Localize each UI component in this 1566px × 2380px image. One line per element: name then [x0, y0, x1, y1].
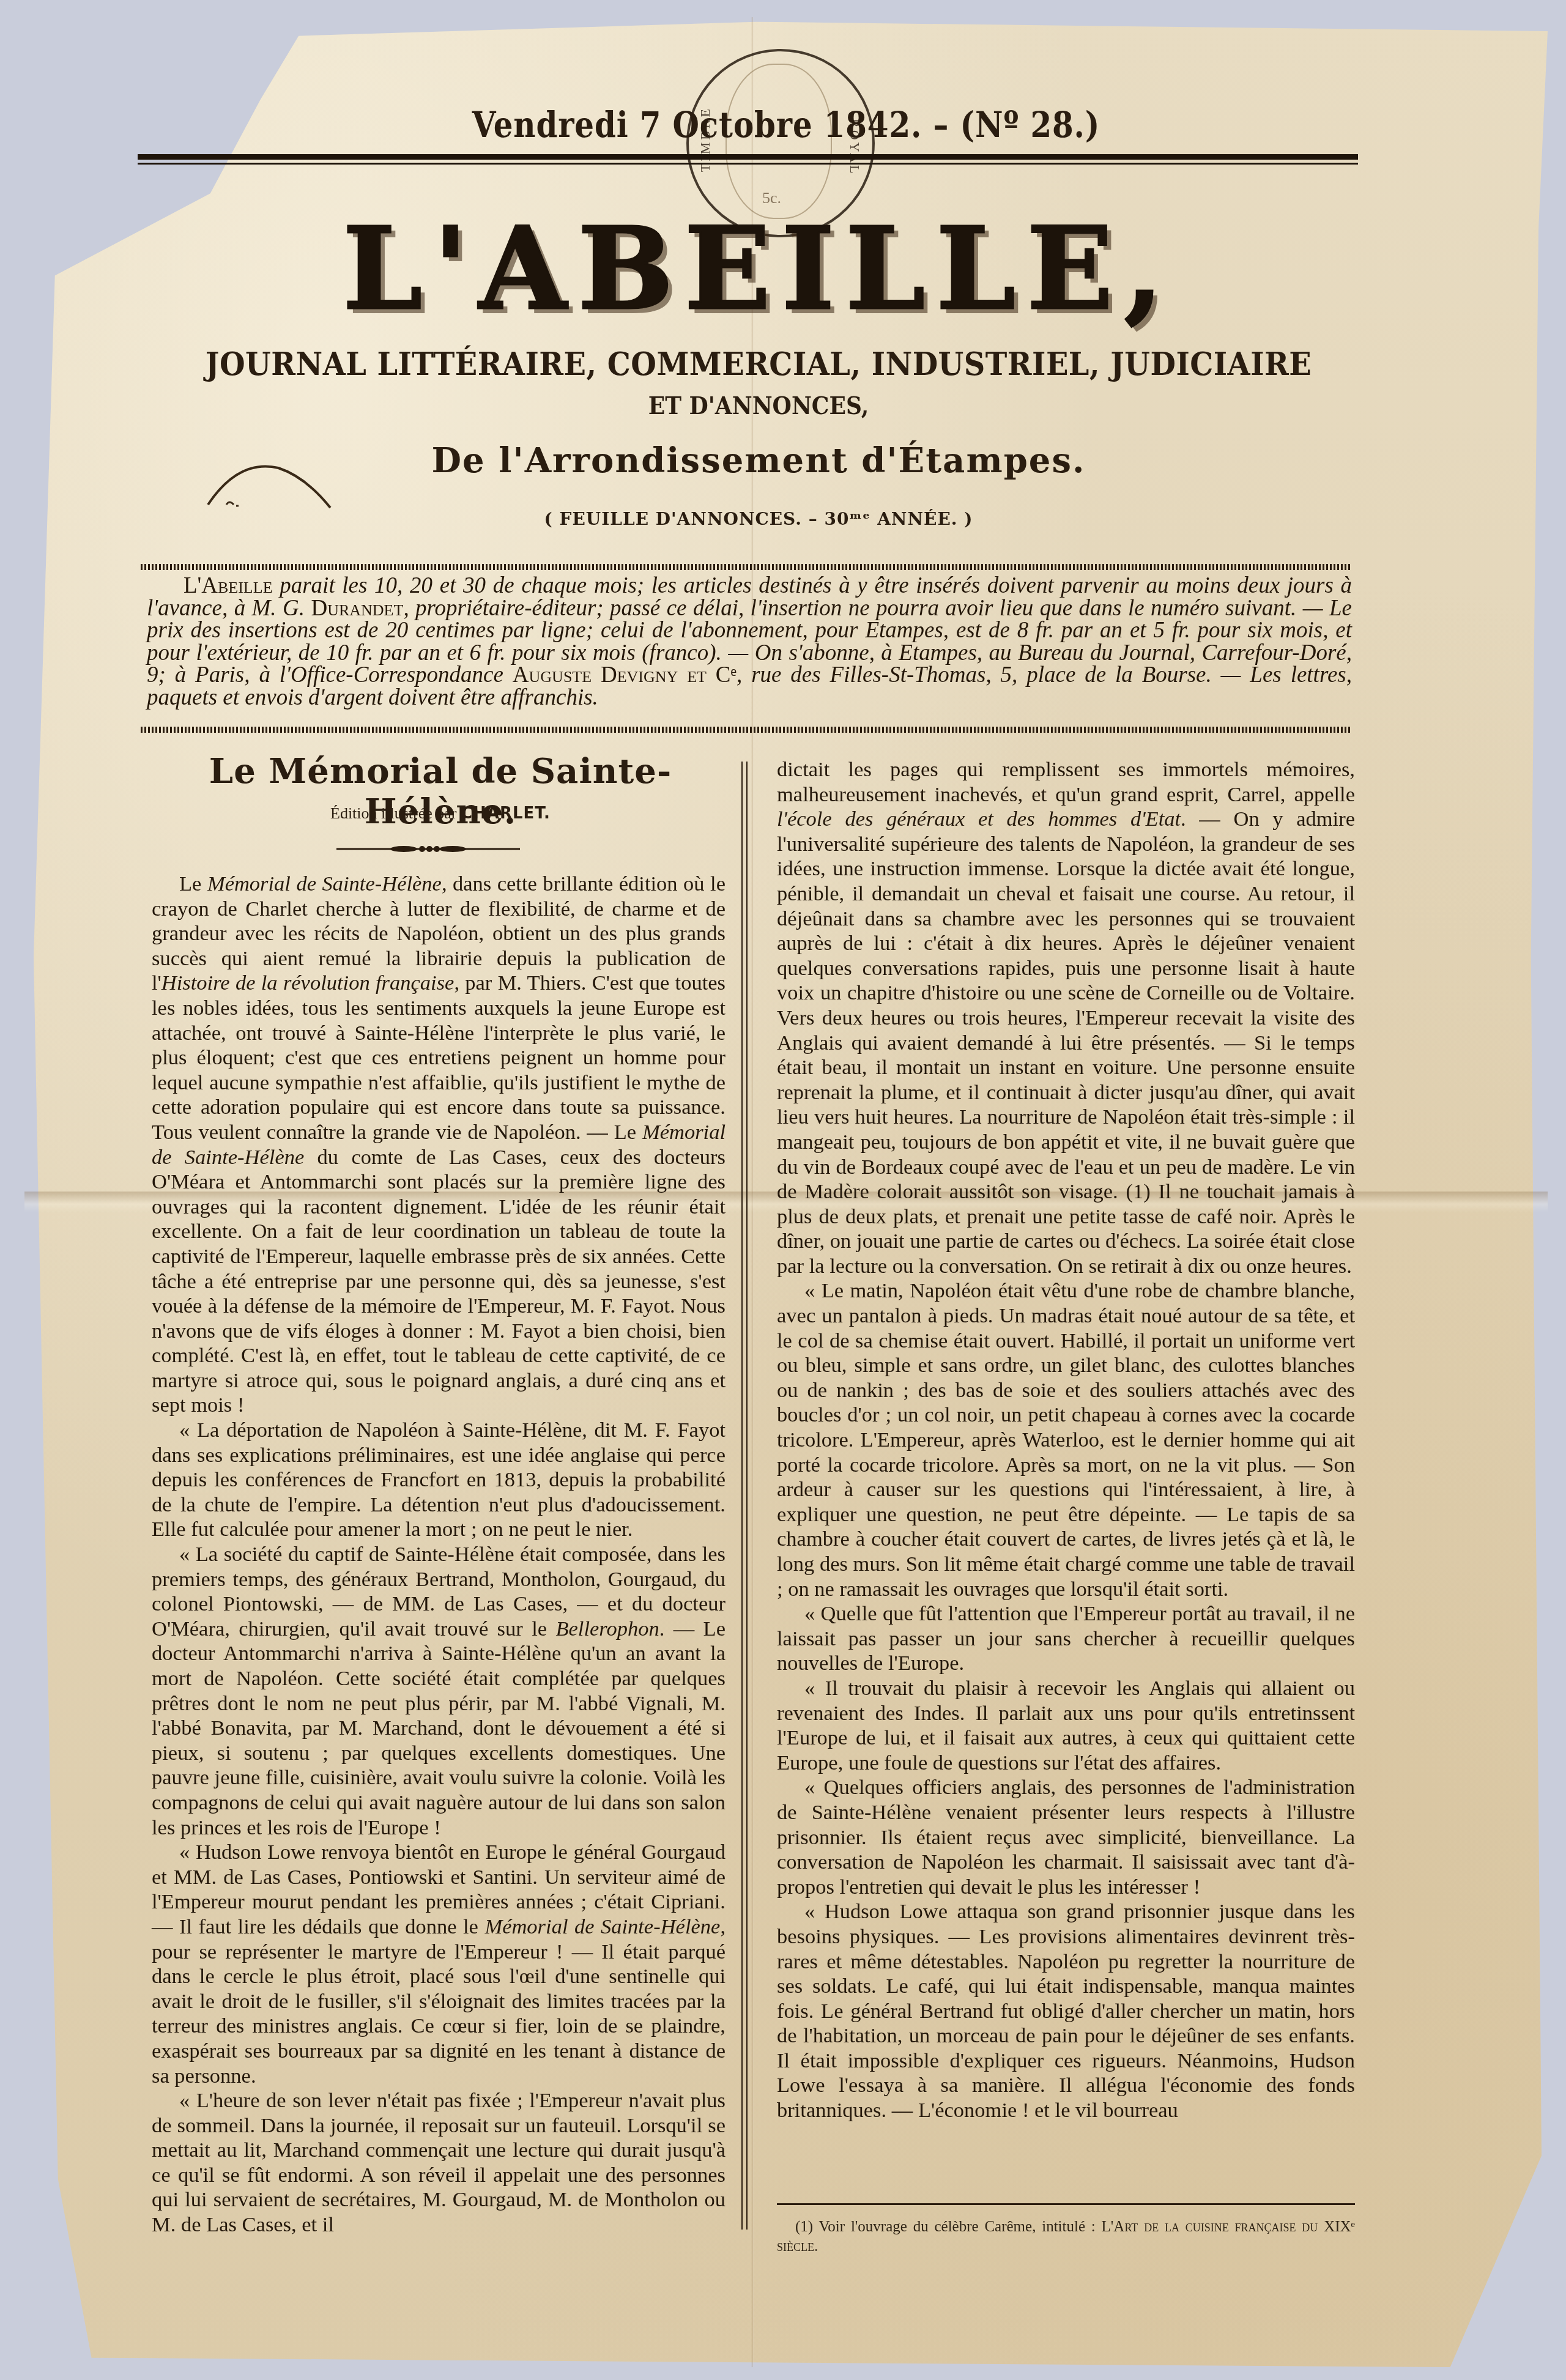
masthead-title: L'ABEILLE,: [330, 202, 1187, 335]
article-paragraph: « Hudson Lowe renvoya bientôt en Europe …: [152, 1840, 725, 2088]
italic-title: l'école des généraux et des hommes d'Eta…: [777, 807, 1181, 831]
header-rule-thick: [138, 154, 1358, 160]
dateline: Vendredi 7 Octobre 1842. – (Nº 28.): [405, 104, 1168, 146]
article-paragraph: Le Mémorial de Sainte-Hélène, dans cette…: [152, 872, 725, 1418]
notice-journal-name: L'Abeille: [184, 573, 273, 598]
article-left-column: Le Mémorial de Sainte-Hélène, dans cette…: [152, 872, 725, 2237]
article-paragraph: dictait les pages qui remplissent ses im…: [777, 757, 1355, 1278]
notice-rule-top: [141, 564, 1352, 570]
footnote-rule: [777, 2203, 1355, 2205]
italic-title: Mémorial de Sainte-Hélène: [152, 1121, 725, 1169]
handwritten-mark-icon: [202, 456, 343, 511]
column-divider: [741, 762, 748, 2230]
issue-date: Vendredi 7 Octobre 1842.: [472, 104, 922, 146]
article-right-column: dictait les pages qui remplissent ses im…: [777, 757, 1355, 2123]
notice-editor-name: Durandet: [311, 596, 403, 621]
article-illustrator: CHARLET.: [461, 804, 551, 823]
issue-number: (Nº 28.): [960, 104, 1100, 146]
article-paragraph: « Le matin, Napoléon était vêtu d'une ro…: [777, 1278, 1355, 1601]
italic-title: Histoire de la révolution française: [161, 971, 455, 995]
italic-title: Mémorial de Sainte-Hélène: [207, 872, 442, 895]
italic-title: Mémorial de Sainte-Hélène: [484, 1915, 720, 1938]
article-subtitle-prefix: Édition illustrée par: [330, 804, 457, 822]
article-paragraph: « La société du captif de Sainte-Hélène …: [152, 1542, 725, 1840]
article-paragraph: « L'heure de son lever n'était pas fixée…: [152, 2088, 725, 2237]
article-paragraph: « Il trouvait du plaisir à recevoir les …: [777, 1676, 1355, 1775]
article-subtitle: Édition illustrée par CHARLET.: [147, 804, 734, 823]
masthead-subtitle-1: JOURNAL LITTÉRAIRE, COMMERCIAL, INDUSTRI…: [196, 346, 1321, 383]
article-paragraph: « Quelques officiers anglais, des person…: [777, 1775, 1355, 1899]
notice-rule-bottom: [141, 727, 1352, 733]
ornament-divider-icon: [336, 843, 520, 855]
italic-title: Bellerophon: [555, 1617, 659, 1640]
article-paragraph: « Hudson Lowe attaqua son grand prisonni…: [777, 1899, 1355, 2122]
dateline-separator: –: [933, 104, 949, 146]
header-rule-thin: [138, 163, 1358, 165]
masthead-subtitle-2: ET D'ANNONCES,: [208, 391, 1309, 420]
subscription-notice: L'Abeille parait les 10, 20 et 30 de cha…: [147, 575, 1352, 709]
footnote: (1) Voir l'ouvrage du célèbre Carême, in…: [777, 2217, 1355, 2256]
article-paragraph: « Quelle que fût l'attention que l'Emper…: [777, 1601, 1355, 1676]
footnote-text: (1) Voir l'ouvrage du célèbre Carême, in…: [795, 2219, 1102, 2235]
notice-agent-name: Auguste Devigny et Cᵉ: [513, 662, 737, 688]
article-paragraph: « La déportation de Napoléon à Sainte-Hé…: [152, 1418, 725, 1542]
masthead-subtitle-4: ( FEUILLE D'ANNONCES. – 30ᵐᵉ ANNÉE. ): [147, 509, 1370, 529]
